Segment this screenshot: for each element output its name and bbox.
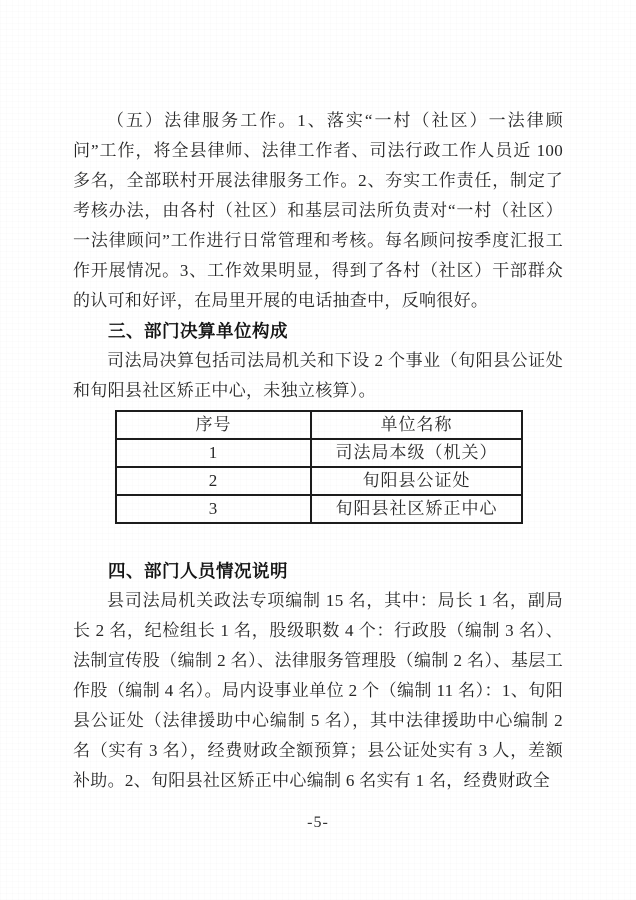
section3-heading: 三、部门决算单位构成 [73, 316, 563, 346]
section3-intro-paragraph: 司法局决算包括司法局机关和下设 2 个事业（旬阳县公证处和旬阳县社区矫正中心，未… [73, 346, 563, 406]
document-page: （五）法律服务工作。1、落实“一村（社区）一法律顾问”工作，将全县律师、法律工作… [0, 0, 636, 900]
cell-unit-name: 旬阳县社区矫正中心 [311, 495, 522, 523]
table-row: 1 司法局本级（机关） [116, 439, 522, 467]
decision-units-table: 序号 单位名称 1 司法局本级（机关） 2 旬阳县公证处 3 旬阳县社区矫正中心 [115, 410, 523, 524]
section4-personnel-paragraph: 县司法局机关政法专项编制 15 名，其中：局长 1 名，副局长 2 名，纪检组长… [73, 586, 563, 796]
page-number: -5- [307, 814, 329, 831]
section4-heading: 四、部门人员情况说明 [73, 556, 563, 586]
page-footer: -5- [73, 808, 563, 838]
table-header-serial-number: 序号 [116, 411, 311, 439]
cell-serial-number: 1 [116, 439, 311, 467]
cell-unit-name: 司法局本级（机关） [311, 439, 522, 467]
table-header-row: 序号 单位名称 [116, 411, 522, 439]
table-row: 2 旬阳县公证处 [116, 467, 522, 495]
cell-serial-number: 3 [116, 495, 311, 523]
cell-serial-number: 2 [116, 467, 311, 495]
paragraph-legal-services-work: （五）法律服务工作。1、落实“一村（社区）一法律顾问”工作，将全县律师、法律工作… [73, 106, 563, 316]
cell-unit-name: 旬阳县公证处 [311, 467, 522, 495]
table-header-unit-name: 单位名称 [311, 411, 522, 439]
table-row: 3 旬阳县社区矫正中心 [116, 495, 522, 523]
